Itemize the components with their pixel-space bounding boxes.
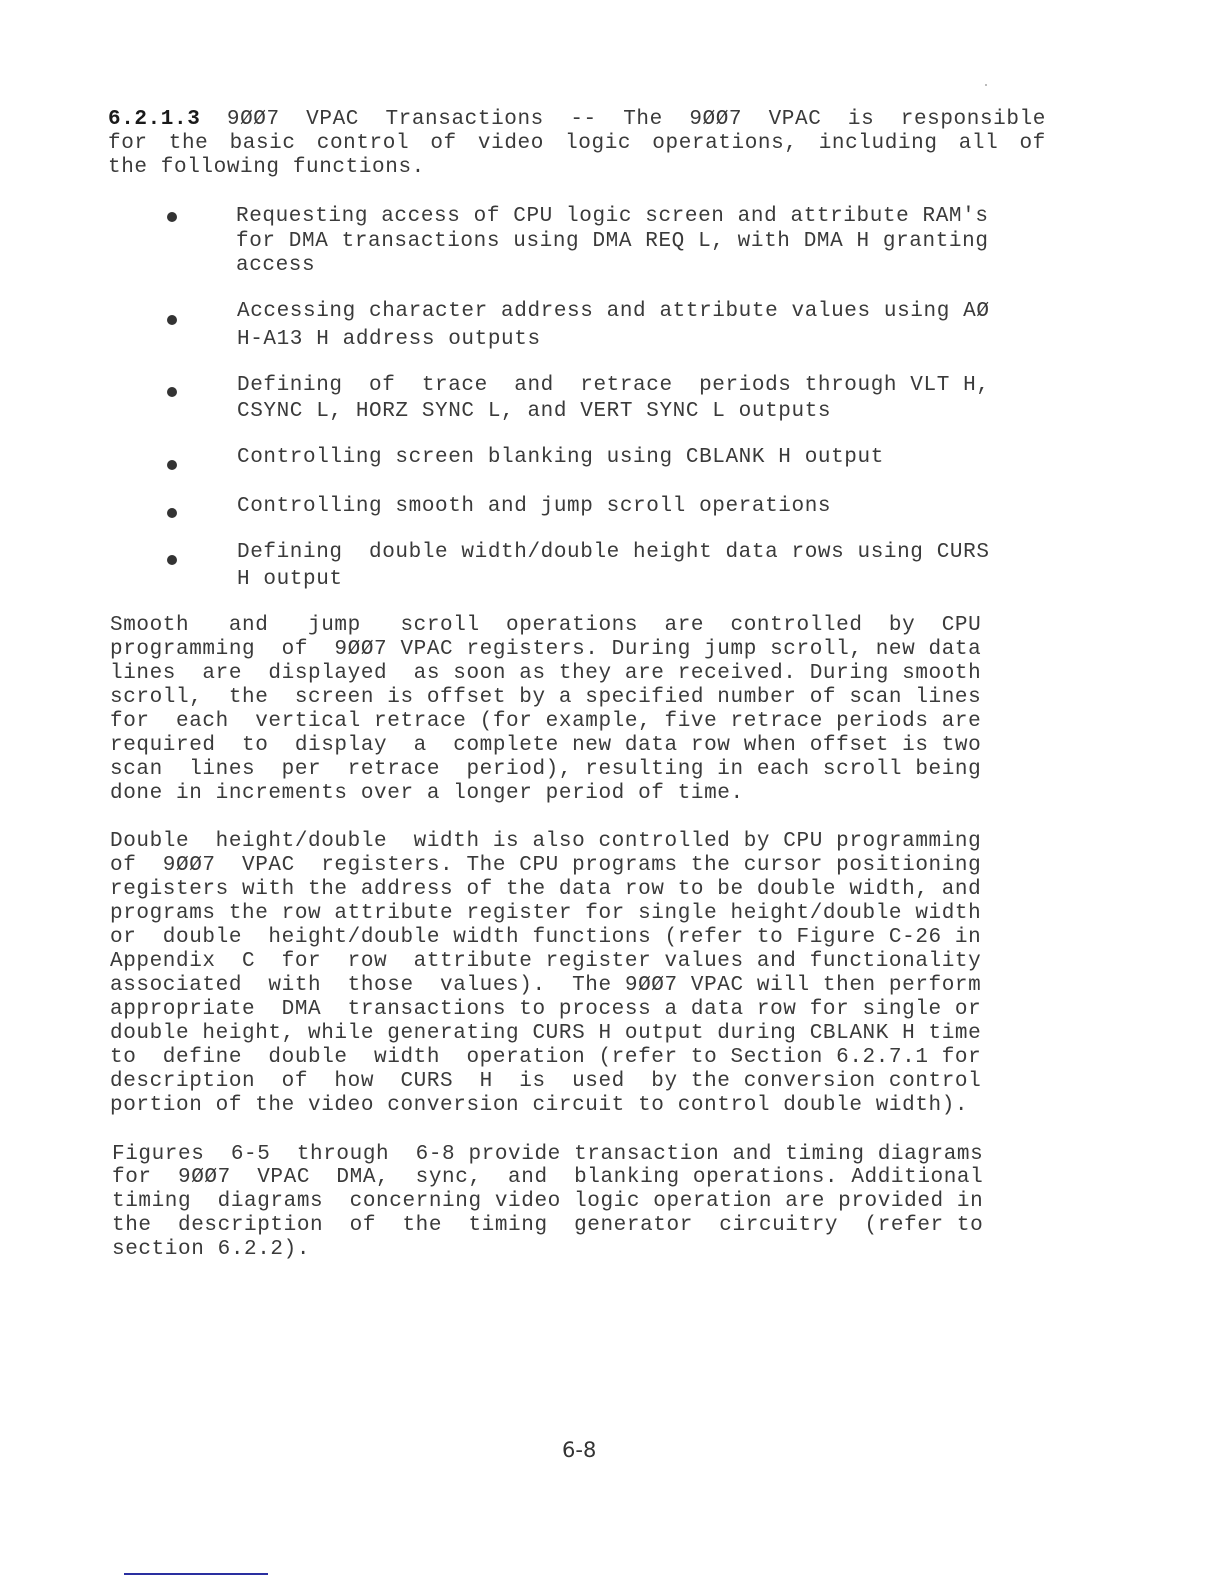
document-page: 6.2.1.3 9ØØ7 VPAC Transactions -- The 9Ø…	[0, 0, 1224, 1584]
bullet-line: Controlling smooth and jump scroll opera…	[237, 495, 831, 519]
bullet-dot-icon	[167, 212, 177, 222]
paragraph-line: Smooth and jump scroll operations are co…	[110, 614, 981, 638]
paragraph-line: programs the row attribute register for …	[110, 902, 981, 926]
intro-word: all	[959, 132, 999, 156]
section-number: 6.2.1.3	[108, 108, 200, 132]
paragraph-line: programming of 9ØØ7 VPAC registers. Duri…	[110, 638, 981, 662]
intro-word: of	[430, 132, 456, 156]
paragraph-line: done in increments over a longer period …	[110, 782, 744, 806]
bullet-line: H output	[237, 568, 343, 592]
intro-word: logic	[565, 132, 631, 156]
intro-word: including	[819, 132, 938, 156]
section-title-word: 9ØØ7	[227, 108, 280, 132]
intro-word: for	[108, 132, 148, 156]
bullet-dot-icon	[167, 387, 177, 397]
footer-rule	[124, 1573, 268, 1575]
intro-word: of	[1019, 132, 1045, 156]
bullet-dot-icon	[167, 315, 177, 325]
intro-word: is	[848, 108, 874, 132]
paragraph-line: required to display a complete new data …	[110, 734, 981, 758]
intro-word: basic	[230, 132, 296, 156]
intro-word: the	[169, 132, 209, 156]
intro-word: The	[623, 108, 663, 132]
intro-word: operations,	[652, 132, 797, 156]
bullet-line: for DMA transactions using DMA REQ L, wi…	[236, 230, 989, 254]
paragraph-line: associated with those values). The 9ØØ7 …	[110, 974, 981, 998]
bullet-dot-icon	[167, 460, 177, 470]
paragraph-line: timing diagrams concerning video logic o…	[112, 1190, 983, 1214]
intro-line-1: 6.2.1.3 9ØØ7 VPAC Transactions -- The 9Ø…	[108, 108, 1046, 132]
paragraph-line: the description of the timing generator …	[112, 1214, 983, 1238]
paragraph-line: for 9ØØ7 VPAC DMA, sync, and blanking op…	[112, 1166, 983, 1190]
bullet-dot-icon	[167, 555, 177, 565]
paragraph-line: for each vertical retrace (for example, …	[110, 710, 981, 734]
bullet-line: Controlling screen blanking using CBLANK…	[237, 446, 884, 470]
bullet-line: Defining of trace and retrace periods th…	[237, 374, 990, 398]
paragraph-line: Figures 6-5 through 6-8 provide transact…	[112, 1143, 983, 1167]
page-number: 6-8	[562, 1438, 596, 1462]
intro-word: VPAC	[769, 108, 822, 132]
bullet-line: Defining double width/double height data…	[237, 541, 990, 565]
paragraph-line: lines are displayed as soon as they are …	[110, 662, 981, 686]
bullet-line: Requesting access of CPU logic screen an…	[236, 205, 989, 229]
intro-word: --	[570, 108, 596, 132]
paragraph-line: registers with the address of the data r…	[110, 878, 981, 902]
intro-word: 9ØØ7	[689, 108, 742, 132]
paragraph-line: of 9ØØ7 VPAC registers. The CPU programs…	[110, 854, 981, 878]
bullet-line: access	[236, 254, 315, 278]
paragraph-line: Appendix C for row attribute register va…	[110, 950, 981, 974]
section-title-word: Transactions	[385, 108, 543, 132]
bullet-line: CSYNC L, HORZ SYNC L, and VERT SYNC L ou…	[237, 400, 831, 424]
paragraph-line: double height, while generating CURS H o…	[110, 1022, 981, 1046]
intro-word: control	[317, 132, 409, 156]
bullet-dot-icon	[167, 508, 177, 518]
bullet-line: H-A13 H address outputs	[237, 328, 541, 352]
intro-word: video	[478, 132, 544, 156]
paragraph-line: or double height/double width functions …	[110, 926, 981, 950]
paragraph-line: section 6.2.2).	[112, 1238, 310, 1262]
paragraph-line: appropriate DMA transactions to process …	[110, 998, 981, 1022]
bullet-line: Accessing character address and attribut…	[237, 300, 990, 324]
intro-line-2: for the basic control of video logic ope…	[108, 132, 1046, 156]
section-title-word: VPAC	[306, 108, 359, 132]
paragraph-line: portion of the video conversion circuit …	[110, 1094, 968, 1118]
paragraph-line: Double height/double width is also contr…	[110, 830, 981, 854]
intro-word: responsible	[901, 108, 1046, 132]
paragraph-line: scroll, the screen is offset by a specif…	[110, 686, 981, 710]
scan-speck	[985, 84, 987, 86]
paragraph-line: to define double width operation (refer …	[110, 1046, 981, 1070]
paragraph-line: description of how CURS H is used by the…	[110, 1070, 981, 1094]
intro-line-3: the following functions.	[108, 156, 425, 180]
paragraph-line: scan lines per retrace period), resultin…	[110, 758, 981, 782]
